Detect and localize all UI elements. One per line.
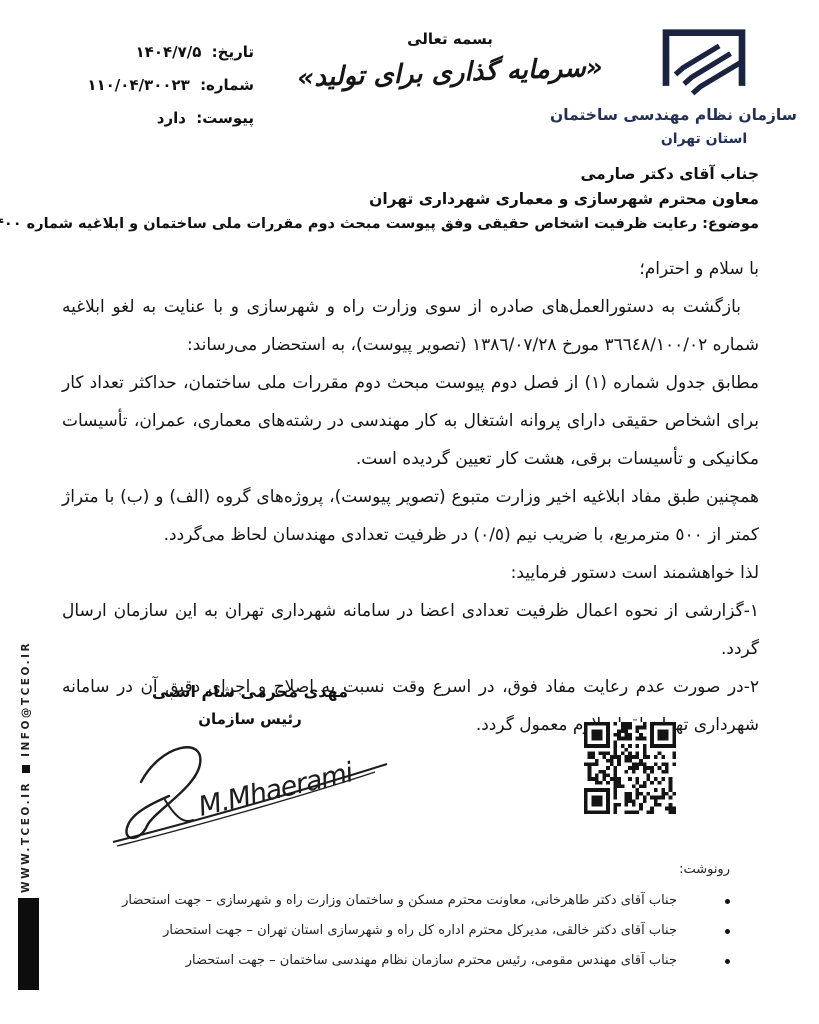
- meta-attachment: پیوست: دارد: [28, 102, 254, 135]
- signature-block: مهدی محرمی شام اسبی رئیس سازمان M.Mhaera…: [100, 682, 400, 854]
- cc-item-text: جناب آقای مهندس مقومی، رئیس محترم سازمان…: [186, 946, 677, 976]
- meta-number: شماره: ۱۱۰/۰۴/۳۰۰۲۳: [28, 69, 254, 102]
- organization-province: استان تهران: [611, 131, 797, 147]
- signer-name: مهدی محرمی شام اسبی: [100, 682, 400, 701]
- salutation: با سلام و احترام؛: [62, 250, 759, 288]
- cc-label: رونوشت:: [122, 862, 730, 877]
- cc-item: جناب آقای مهندس مقومی، رئیس محترم سازمان…: [122, 946, 730, 976]
- letter-page: تاریخ: ۱۴۰۴/۷/۵ شماره: ۱۱۰/۰۴/۳۰۰۲۳ پیوس…: [0, 0, 819, 1024]
- handwritten-signature: M.Mhaerami: [105, 728, 395, 850]
- recipient-title: معاون محترم شهرسازی و معماری شهرداری تهر…: [40, 187, 759, 212]
- slogan-calligraphy: «سرمایه گذاری برای تولید»: [295, 53, 606, 94]
- body-paragraph-3: همچنین طبق مفاد ابلاغیه اخیر وزارت متبوع…: [62, 478, 759, 554]
- meta-attachment-value: دارد: [157, 109, 186, 127]
- signer-title: رئیس سازمان: [100, 710, 400, 728]
- meta-date-label: تاریخ:: [212, 43, 254, 61]
- recipient-block: جناب آقای دکتر صارمی معاون محترم شهرسازی…: [40, 162, 759, 237]
- bullet-icon: [725, 959, 730, 964]
- email-address: INFO@TCEO.IR: [20, 641, 32, 757]
- bullet-icon: [725, 929, 730, 934]
- cc-item-text: جناب آقای دکتر طاهرخانی، معاونت محترم مس…: [122, 886, 677, 916]
- letter-meta: تاریخ: ۱۴۰۴/۷/۵ شماره: ۱۱۰/۰۴/۳۰۰۲۳ پیوس…: [28, 36, 254, 135]
- cc-block: رونوشت: جناب آقای دکتر طاهرخانی، معاونت …: [122, 862, 730, 976]
- tceo-logo-icon: [656, 26, 752, 102]
- request-item-1: ١-گزارشی از نحوه اعمال ظرفیت تعدادی اعضا…: [62, 592, 759, 668]
- qr-code: [584, 722, 676, 814]
- website-url: WWW.TCEO.IR: [20, 781, 32, 893]
- footer-black-bar: [18, 898, 39, 990]
- organization-name: سازمان نظام مهندسی ساختمان: [611, 106, 797, 124]
- sidebar-contact: WWW.TCEO.IR INFO@TCEO.IR: [20, 641, 32, 893]
- square-separator-icon: [22, 765, 30, 773]
- bullet-icon: [725, 899, 730, 904]
- meta-attachment-label: پیوست:: [196, 109, 254, 127]
- request-intro: لذا خواهشمند است دستور فرمایید:: [62, 554, 759, 592]
- qr-code-icon: [584, 722, 676, 814]
- meta-date: تاریخ: ۱۴۰۴/۷/۵: [28, 36, 254, 69]
- meta-date-value: ۱۴۰۴/۷/۵: [136, 43, 202, 61]
- body-paragraph-2: مطابق جدول شماره (١) از فصل دوم پیوست مب…: [62, 364, 759, 478]
- recipient-name: جناب آقای دکتر صارمی: [40, 162, 759, 187]
- meta-number-label: شماره:: [200, 76, 254, 94]
- cc-item: جناب آقای دکتر خالقی، مدیرکل محترم اداره…: [122, 916, 730, 946]
- meta-number-value: ۱۱۰/۰۴/۳۰۰۲۳: [87, 76, 190, 94]
- letter-subject: موضوع: رعایت ظرفیت اشخاص حقیقی وفق پیوست…: [40, 212, 759, 237]
- letter-body: با سلام و احترام؛ بازگشت به دستورالعمل‌ه…: [62, 250, 759, 744]
- cc-item-text: جناب آقای دکتر خالقی، مدیرکل محترم اداره…: [163, 916, 677, 946]
- body-paragraph-1: بازگشت به دستورالعمل‌های صادره از سوی وز…: [62, 288, 759, 364]
- cc-item: جناب آقای دکتر طاهرخانی، معاونت محترم مس…: [122, 886, 730, 916]
- bismillah-text: بسمه تعالی: [295, 30, 605, 48]
- organization-logo-block: سازمان نظام مهندسی ساختمان استان تهران: [611, 26, 797, 147]
- header-center: بسمه تعالی «سرمایه گذاری برای تولید»: [295, 30, 605, 88]
